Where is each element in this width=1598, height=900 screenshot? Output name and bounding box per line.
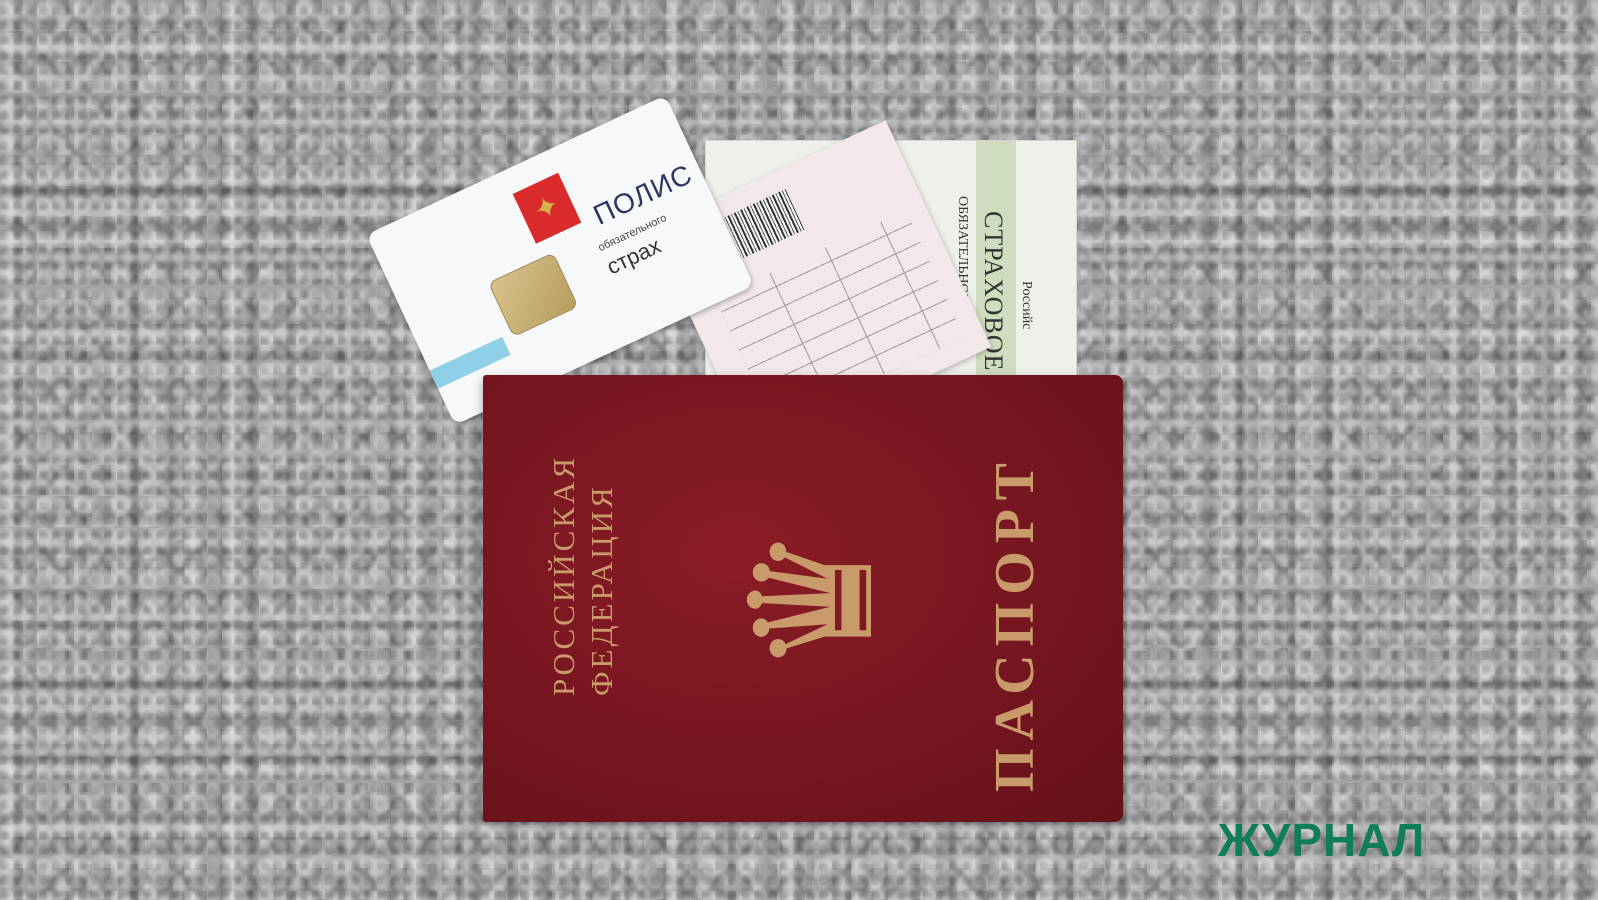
- passport-country-line2: ФЕДЕРАЦИЯ: [584, 484, 619, 696]
- passport-country: РОССИЙСКАЯ ФЕДЕРАЦИЯ: [545, 455, 621, 696]
- passport: РОССИЙСКАЯ ФЕДЕРАЦИЯ ♛ ПАСПОРТ: [483, 375, 1123, 822]
- russian-emblem-icon: ✦: [513, 173, 582, 244]
- passport-country-line1: РОССИЙСКАЯ: [546, 455, 581, 696]
- watermark-logo: ЖУРНАЛ: [1218, 813, 1425, 867]
- double-headed-eagle-icon: ♛: [693, 470, 933, 730]
- passport-title: ПАСПОРТ: [983, 455, 1047, 792]
- chip-icon: [488, 252, 579, 337]
- snils-country: Российс: [1018, 281, 1034, 329]
